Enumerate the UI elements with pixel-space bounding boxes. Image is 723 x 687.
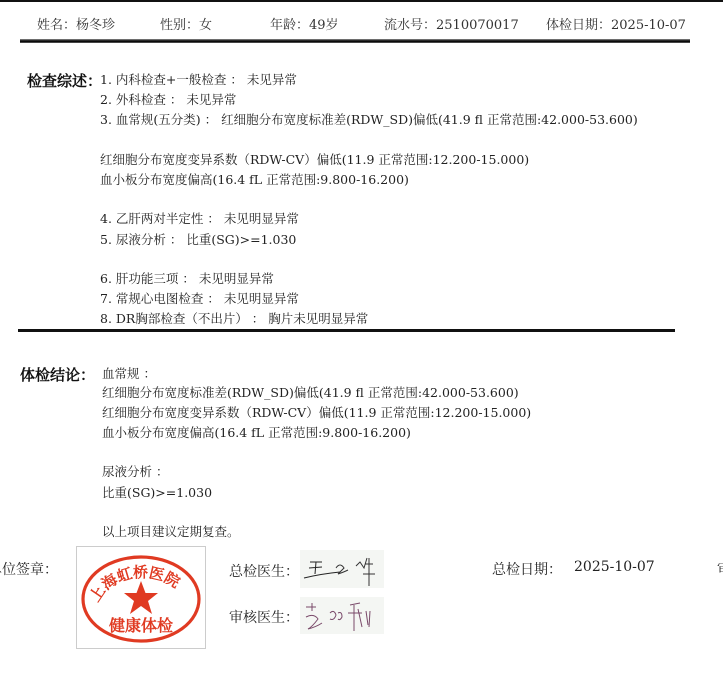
signature-icon (300, 597, 384, 634)
summary-item: 血小板分布宽度偏高(16.4 fL 正常范围:9.800-16.200) (100, 170, 409, 188)
patient-header: 姓名：杨冬珍 性别：女 年龄：49岁 流水号：2510070017 体检日期：2… (0, 14, 723, 34)
conclusion-label: 体检结论： (20, 364, 95, 385)
conclusion-item: 比重(SG)>=1.030 (102, 483, 212, 501)
chief-doctor-label: 总检医生： (229, 561, 299, 581)
summary-item: 1. 内科检查+一般检查 ： 未见异常 (100, 70, 297, 88)
chief-date-value: 2025-10-07 (574, 559, 655, 575)
summary-item: 5. 尿液分析 ： 比重(SG)>=1.030 (100, 230, 296, 248)
patient-age: 年龄：49岁 (270, 14, 339, 33)
top-edge-strip (0, 0, 723, 2)
signature-icon (300, 550, 384, 588)
summary-item: 红细胞分布宽度变异系数（RDW-CV）偏低(11.9 正常范围:12.200-1… (100, 150, 529, 168)
chief-date-label: 总检日期： (492, 559, 562, 579)
chief-doctor-signature (300, 550, 384, 588)
conclusion-item: 以上项目建议定期复查。 (102, 522, 240, 540)
stamp-seal-icon: 上海虹桥医院 健康体检 (77, 547, 205, 648)
summary-item: 6. 肝功能三项 ： 未见明显异常 (100, 269, 274, 287)
serial-number: 流水号：2510070017 (384, 14, 519, 33)
unit-seal-label: 单位签章： (0, 559, 58, 579)
header-divider (20, 39, 690, 43)
conclusion-item: 血常规 ： (102, 364, 156, 382)
conclusion-item: 尿液分析 ： (102, 462, 168, 480)
summary-item: 2. 外科检查 ： 未见异常 (100, 90, 236, 108)
reviewer-label: 审核医生： (229, 607, 299, 627)
cutoff-label: 审 (717, 559, 723, 579)
exam-date: 体检日期：2025-10-07 (546, 14, 686, 33)
stamp-bottom-text: 健康体检 (108, 616, 174, 635)
summary-item: 7. 常规心电图检查 ： 未见明显异常 (100, 289, 299, 307)
summary-item: 8. DR胸部检查（不出片） ： 胸片未见明显异常 (100, 309, 368, 327)
patient-gender: 性别：女 (160, 14, 212, 33)
hospital-stamp: 上海虹桥医院 健康体检 (76, 546, 206, 649)
summary-item: 4. 乙肝两对半定性 ： 未见明显异常 (100, 209, 299, 227)
summary-label: 检查综述： (27, 70, 102, 91)
section-divider (18, 329, 675, 332)
conclusion-item: 红细胞分布宽度变异系数（RDW-CV）偏低(11.9 正常范围:12.200-1… (102, 403, 531, 421)
conclusion-item: 血小板分布宽度偏高(16.4 fL 正常范围:9.800-16.200) (102, 423, 411, 441)
summary-item: 3. 血常规(五分类) ： 红细胞分布宽度标准差(RDW_SD)偏低(41.9 … (100, 110, 638, 128)
conclusion-item: 红细胞分布宽度标准差(RDW_SD)偏低(41.9 fl 正常范围:42.000… (102, 383, 519, 401)
reviewer-signature (300, 597, 384, 634)
patient-name: 姓名：杨冬珍 (37, 14, 115, 33)
